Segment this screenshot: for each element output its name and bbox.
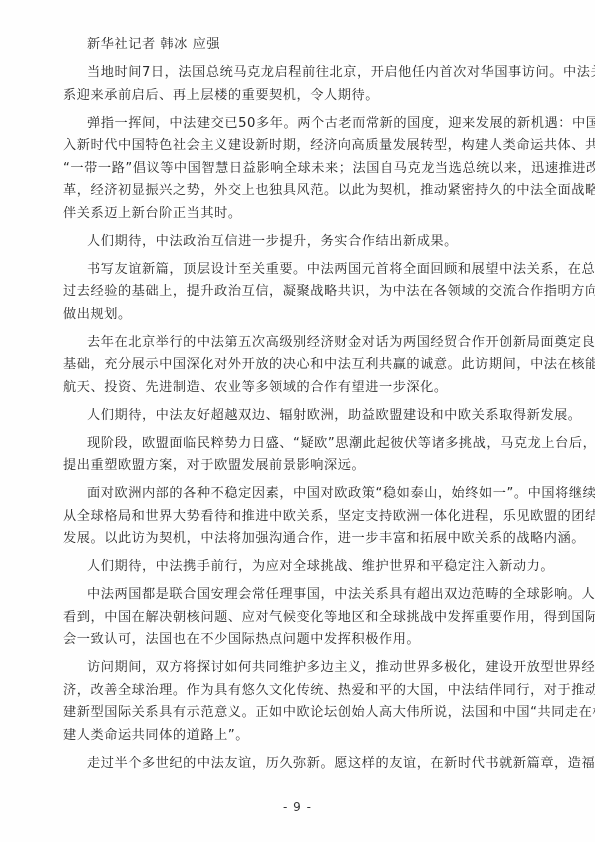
text-line: 从全球格局和世界大势看待和推进中欧关系，坚定支持欧洲一体化进程，乐见欧盟的团结与 [63,506,545,529]
text-line: 建人类命运共同体的道路上”。 [63,725,545,748]
text-line: 航天、投资、先进制造、农业等多领域的合作有望进一步深化。 [63,377,545,400]
text-line: 会一致认可，法国也在不少国际热点问题中发挥积极作用。 [63,629,545,652]
paragraph: 弹指一挥间，中法建交已50多年。两个古老而常新的国度，迎来发展的新机遇：中国迈入… [63,113,545,226]
paragraphs: 当地时间7日，法国总统马克龙启程前往北京，开启他任内首次对华国事访问。中法关系迎… [63,62,545,775]
paragraph: 现阶段，欧盟面临民粹势力日盛、“疑欧”思潮此起彼伏等诸多挑战，马克龙上台后，提出… [63,433,545,478]
paragraph: 人们期待，中法友好超越双边、辐射欧洲，助益欧盟建设和中欧关系取得新发展。 [63,405,545,428]
paragraph: 当地时间7日，法国总统马克龙启程前往北京，开启他任内首次对华国事访问。中法关系迎… [63,62,545,107]
text-line: 书写友谊新篇，顶层设计至关重要。中法两国元首将全面回顾和展望中法关系，在总结 [63,259,545,282]
byline-paragraph: 新华社记者 韩冰 应强 [63,34,545,57]
text-line: 革，经济初显振兴之势，外交上也独具风范。以此为契机，推动紧密持久的中法全面战略伙 [63,180,545,203]
document-page: 新华社记者 韩冰 应强 当地时间7日，法国总统马克龙启程前往北京，开启他任内首次… [0,0,595,842]
text-line: 人们期待，中法携手前行，为应对全球挑战、维护世界和平稳定注入新动力。 [63,556,545,579]
text-line: 入新时代中国特色社会主义建设新时期，经济向高质量发展转型，构建人类命运共体、共建 [63,135,545,158]
text-line: “一带一路”倡议等中国智慧日益影响全球未来；法国自马克龙当选总统以来，迅速推进改 [63,158,545,181]
paragraph: 人们期待，中法携手前行，为应对全球挑战、维护世界和平稳定注入新动力。 [63,556,545,579]
text-line: 建新型国际关系具有示范意义。正如中欧论坛创始人高大伟所说，法国和中国“共同走在构 [63,702,545,725]
text-line: 发展。以此访为契机，中法将加强沟通合作，进一步丰富和拓展中欧关系的战略内涵。 [63,528,545,551]
text-line: 人们期待，中法政治互信进一步提升，务实合作结出新成果。 [63,231,545,254]
paragraph: 中法两国都是联合国安理会常任理事国，中法关系具有超出双边范畴的全球影响。人们看到… [63,584,545,652]
text-line: 人们期待，中法友好超越双边、辐射欧洲，助益欧盟建设和中欧关系取得新发展。 [63,405,545,428]
paragraph: 访问期间，双方将探讨如何共同维护多边主义，推动世界多极化，建设开放型世界经济，改… [63,657,545,747]
text-line: 伴关系迈上新台阶正当其时。 [63,203,545,226]
text-line: 当地时间7日，法国总统马克龙启程前往北京，开启他任内首次对华国事访问。中法关 [63,62,545,85]
paragraph: 面对欧洲内部的各种不稳定因素，中国对欧政策“稳如泰山，始终如一”。中国将继续从全… [63,483,545,551]
text-line: 访问期间，双方将探讨如何共同维护多边主义，推动世界多极化，建设开放型世界经 [63,657,545,680]
page-number: - 9 - [0,800,595,814]
text-line: 弹指一挥间，中法建交已50多年。两个古老而常新的国度，迎来发展的新机遇：中国迈 [63,113,545,136]
text-line: 济，改善全球治理。作为具有悠久文化传统、热爱和平的大国，中法结伴同行，对于推动构 [63,680,545,703]
text-line: 现阶段，欧盟面临民粹势力日盛、“疑欧”思潮此起彼伏等诸多挑战，马克龙上台后， [63,433,545,456]
text-line: 中法两国都是联合国安理会常任理事国，中法关系具有超出双边范畴的全球影响。人们 [63,584,545,607]
text-line: 提出重塑欧盟方案，对于欧盟发展前景影响深远。 [63,455,545,478]
text-line: 走过半个多世纪的中法友谊，历久弥新。愿这样的友谊，在新时代书就新篇章，造福双 [63,753,545,776]
paragraph: 人们期待，中法政治互信进一步提升，务实合作结出新成果。 [63,231,545,254]
text-line: 看到，中国在解决朝核问题、应对气候变化等地区和全球挑战中发挥重要作用，得到国际社 [63,607,545,630]
paragraph: 去年在北京举行的中法第五次高级别经济财金对话为两国经贸合作开创新局面奠定良好基础… [63,332,545,400]
text-line: 系迎来承前启后、再上层楼的重要契机，令人期待。 [63,85,545,108]
paragraph: 走过半个多世纪的中法友谊，历久弥新。愿这样的友谊，在新时代书就新篇章，造福双 [63,753,545,776]
text-line: 去年在北京举行的中法第五次高级别经济财金对话为两国经贸合作开创新局面奠定良好 [63,332,545,355]
text-line: 过去经验的基础上，提升政治互信，凝聚战略共识，为中法在各领域的交流合作指明方向， [63,281,545,304]
article-body: 新华社记者 韩冰 应强 当地时间7日，法国总统马克龙启程前往北京，开启他任内首次… [63,34,545,781]
text-line: 做出规划。 [63,304,545,327]
text-line: 面对欧洲内部的各种不稳定因素，中国对欧政策“稳如泰山，始终如一”。中国将继续 [63,483,545,506]
text-line: 基础，充分展示中国深化对外开放的决心和中法互利共赢的诚意。此访期间，中法在核能、 [63,354,545,377]
byline: 新华社记者 韩冰 应强 [63,34,545,57]
paragraph: 书写友谊新篇，顶层设计至关重要。中法两国元首将全面回顾和展望中法关系，在总结过去… [63,259,545,327]
